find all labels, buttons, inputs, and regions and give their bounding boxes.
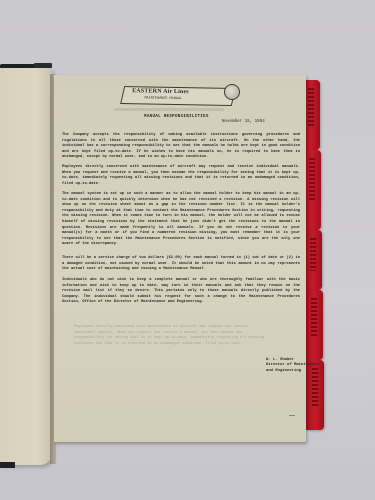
- paragraph-1: The Company accepts the responsibility o…: [62, 133, 300, 161]
- tab-label: [308, 88, 314, 127]
- signature-block: W. L. Shaber Director of Maintenance and…: [266, 358, 320, 374]
- paragraph-2: Employees directly concerned with mainte…: [62, 165, 300, 187]
- globe-logo-icon: [224, 84, 240, 100]
- paragraph-5: Individuals who do not wish to keep a co…: [62, 278, 300, 306]
- letterhead-banner: EASTERN Air Lines MAINTENANCE MANUAL: [120, 86, 236, 106]
- bleed-through-line: [114, 108, 224, 111]
- paragraph-3: The manual system is set up in such a ma…: [62, 192, 300, 248]
- tab-label: [309, 158, 315, 202]
- tab-label: [310, 238, 316, 271]
- signature-title-1: Director of Maintenance: [266, 363, 320, 368]
- document-date: November 15, 1954: [222, 120, 265, 124]
- binder-cover-bottom: [0, 462, 15, 468]
- document-title: MANUAL RESPONSIBILITIES: [144, 115, 209, 119]
- document-page: EASTERN Air Lines MAINTENANCE MANUAL MAN…: [54, 75, 306, 442]
- index-tab-3[interactable]: [304, 230, 322, 290]
- left-page-stack: [0, 68, 52, 465]
- bleed-through-text: Employees directly concerned with mainte…: [74, 325, 264, 347]
- index-tab-4[interactable]: [305, 290, 323, 360]
- letterhead-title: EASTERN Air Lines: [132, 88, 189, 95]
- tab-label: [311, 298, 317, 337]
- letterhead-subtitle: MAINTENANCE MANUAL: [144, 96, 182, 101]
- signature-title-2: and Engineering: [266, 369, 320, 374]
- page-mark: [289, 415, 295, 416]
- paragraph-4: There will be a service charge of two do…: [62, 256, 300, 273]
